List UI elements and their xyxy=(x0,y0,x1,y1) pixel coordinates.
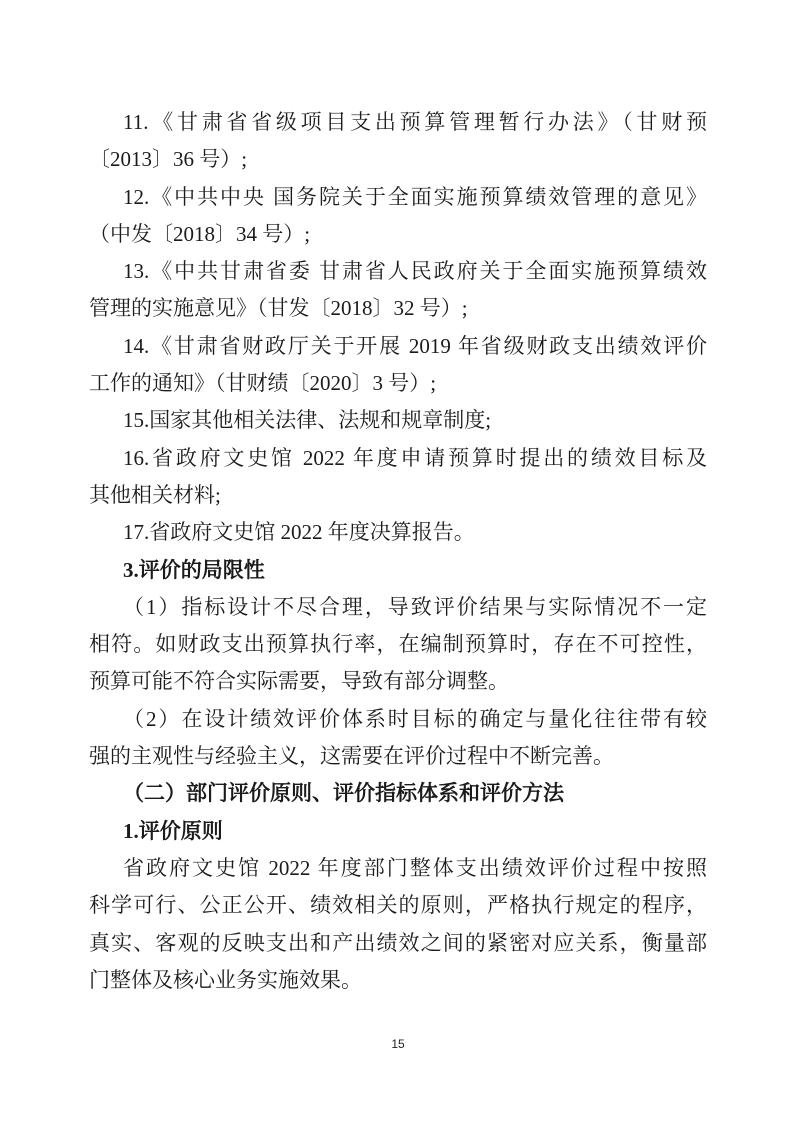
text-line: 15.国家其他相关法律、法规和规章制度; xyxy=(89,402,707,439)
document-body: 11.《甘肃省省级项目支出预算管理暂行办法》（甘财预 〔2013〕36 号）; … xyxy=(89,104,707,999)
text-line: 门整体及核心业务实施效果。 xyxy=(89,962,707,999)
text-line: 12.《中共中央 国务院关于全面实施预算绩效管理的意见》 xyxy=(89,179,707,216)
text-line: 管理的实施意见》（甘发〔2018〕32 号）; xyxy=(89,290,707,327)
text-line: 省政府文史馆 2022 年度部门整体支出绩效评价过程中按照 xyxy=(89,850,707,887)
heading-text: （二）部门评价原则、评价指标体系和评价方法 xyxy=(89,775,707,812)
text-line: （中发〔2018〕34 号）; xyxy=(89,216,707,253)
text-line: （1）指标设计不尽合理，导致评价结果与实际情况不一定 xyxy=(89,589,707,626)
text-line: 其他相关材料; xyxy=(89,477,707,514)
text-line: 11.《甘肃省省级项目支出预算管理暂行办法》（甘财预 xyxy=(89,104,707,141)
heading-evaluation-limitations: 3.评价的局限性 xyxy=(89,552,707,589)
text-line: 17.省政府文史馆 2022 年度决算报告。 xyxy=(89,514,707,551)
text-line: 〔2013〕36 号）; xyxy=(89,141,707,178)
para-ref-15: 15.国家其他相关法律、法规和规章制度; xyxy=(89,402,707,439)
text-line: 16.省政府文史馆 2022 年度申请预算时提出的绩效目标及 xyxy=(89,440,707,477)
para-limitation-1: （1）指标设计不尽合理，导致评价结果与实际情况不一定 相符。如财政支出预算执行率… xyxy=(89,589,707,701)
heading-evaluation-principles: 1.评价原则 xyxy=(89,813,707,850)
heading-section-2: （二）部门评价原则、评价指标体系和评价方法 xyxy=(89,775,707,812)
text-line: 强的主观性与经验主义，这需要在评价过程中不断完善。 xyxy=(89,738,707,775)
para-principles-body: 省政府文史馆 2022 年度部门整体支出绩效评价过程中按照 科学可行、公正公开、… xyxy=(89,850,707,999)
para-ref-13: 13.《中共甘肃省委 甘肃省人民政府关于全面实施预算绩效 管理的实施意见》（甘发… xyxy=(89,253,707,328)
para-ref-12: 12.《中共中央 国务院关于全面实施预算绩效管理的意见》 （中发〔2018〕34… xyxy=(89,179,707,254)
page-number: 15 xyxy=(89,1036,707,1052)
para-limitation-2: （2）在设计绩效评价体系时目标的确定与量化往往带有较 强的主观性与经验主义，这需… xyxy=(89,701,707,776)
text-line: 预算可能不符合实际需要，导致有部分调整。 xyxy=(89,663,707,700)
text-line: 相符。如财政支出预算执行率，在编制预算时，存在不可控性， xyxy=(89,626,707,663)
text-line: 真实、客观的反映支出和产出绩效之间的紧密对应关系，衡量部 xyxy=(89,925,707,962)
heading-text: 3.评价的局限性 xyxy=(89,552,707,589)
para-ref-14: 14.《甘肃省财政厅关于开展 2019 年省级财政支出绩效评价 工作的通知》（甘… xyxy=(89,328,707,403)
para-ref-17: 17.省政府文史馆 2022 年度决算报告。 xyxy=(89,514,707,551)
text-line: 科学可行、公正公开、绩效相关的原则，严格执行规定的程序， xyxy=(89,887,707,924)
para-ref-16: 16.省政府文史馆 2022 年度申请预算时提出的绩效目标及 其他相关材料; xyxy=(89,440,707,515)
text-line: （2）在设计绩效评价体系时目标的确定与量化往往带有较 xyxy=(89,701,707,738)
heading-text: 1.评价原则 xyxy=(89,813,707,850)
para-ref-11: 11.《甘肃省省级项目支出预算管理暂行办法》（甘财预 〔2013〕36 号）; xyxy=(89,104,707,179)
text-line: 14.《甘肃省财政厅关于开展 2019 年省级财政支出绩效评价 xyxy=(89,328,707,365)
text-line: 工作的通知》（甘财绩〔2020〕3 号）; xyxy=(89,365,707,402)
document-page: 11.《甘肃省省级项目支出预算管理暂行办法》（甘财预 〔2013〕36 号）; … xyxy=(0,0,794,1123)
text-line: 13.《中共甘肃省委 甘肃省人民政府关于全面实施预算绩效 xyxy=(89,253,707,290)
